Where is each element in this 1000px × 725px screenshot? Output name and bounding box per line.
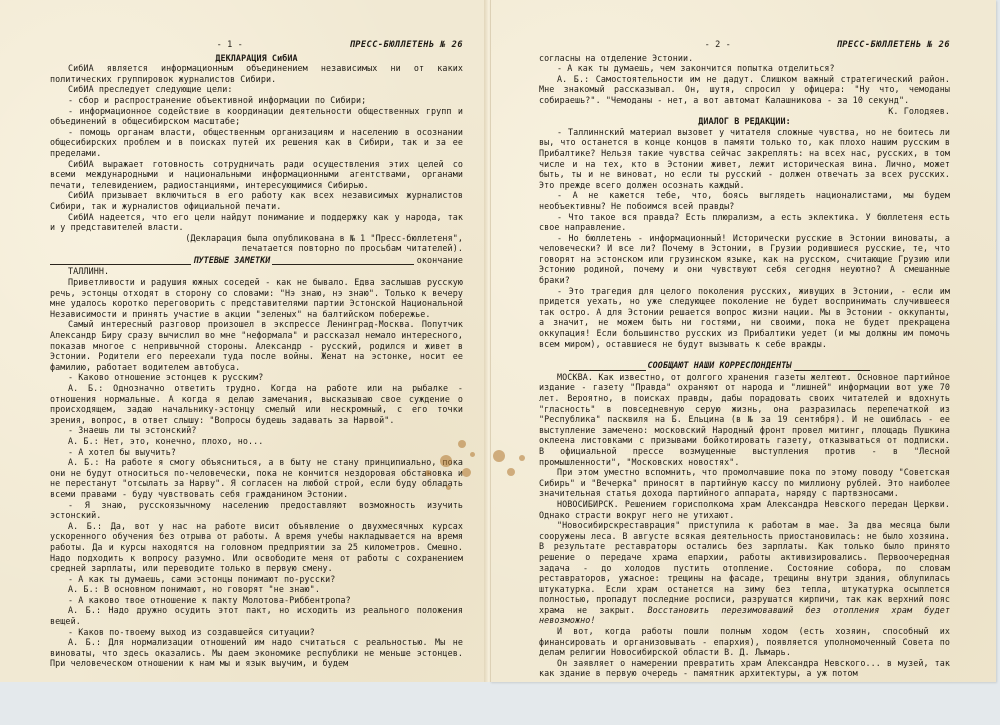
page-2-content: - 2 - ПРЕСС-БЮЛЛЕТЕНЬ № 26 согласны на о… <box>539 40 950 679</box>
coffee-stain <box>462 468 471 477</box>
divider <box>569 362 646 371</box>
interview-answer: А. Б.: Да, вот у нас на работе висит объ… <box>50 521 463 574</box>
declaration-title: ДЕКЛАРАЦИЯ СибИА <box>50 53 463 64</box>
interview-question: - Знаешь ли ты эстонский? <box>50 425 463 436</box>
page-1: - 1 - ПРЕСС-БЮЛЛЕТЕНЬ № 26 ДЕКЛАРАЦИЯ Си… <box>0 0 486 682</box>
paragraph: МОСКВА. Как известно, от долгого хранени… <box>539 372 950 467</box>
dateline: ТАЛЛИНН. <box>50 266 463 277</box>
list-item: - сбор и распространение объективной инф… <box>50 95 463 106</box>
interview-answer: А. Б.: Самостоятельности им не дадут. Сл… <box>539 74 950 106</box>
author-signature: К. Голодяев. <box>539 106 950 117</box>
interview-answer: А. Б.: В основном понимают, но говорят "… <box>50 584 463 595</box>
coffee-stain <box>446 485 451 490</box>
page-number: - 2 - <box>539 40 837 51</box>
paragraph: СибИА является информационным объединени… <box>50 63 463 84</box>
section-title: СООБЩАЮТ НАШИ КОРРЕСПОНДЕНТЫ <box>646 360 794 371</box>
publication-title: ПРЕСС-БЮЛЛЕТЕНЬ № 26 <box>350 40 463 51</box>
page-number: - 1 - <box>50 40 350 51</box>
paragraph: - Но бюллетень - информационный! Историч… <box>539 233 950 286</box>
page-2: - 2 - ПРЕСС-БЮЛЛЕТЕНЬ № 26 согласны на о… <box>490 0 996 682</box>
interview-answer: А. Б.: Однозначно ответить трудно. Когда… <box>50 383 463 425</box>
page-header: - 1 - ПРЕСС-БЮЛЛЕТЕНЬ № 26 <box>50 40 463 51</box>
declaration-note: (Декларация была опубликована в № 1 "Пре… <box>50 233 463 244</box>
newsletter-spread: - 1 - ПРЕСС-БЮЛЛЕТЕНЬ № 26 ДЕКЛАРАЦИЯ Си… <box>0 0 1000 682</box>
declaration-note: печатается повторно по просьбам читателе… <box>50 243 463 254</box>
interview-question: - А хотел бы выучить? <box>50 447 463 458</box>
interview-question: - Я знаю, русскоязычному населению предо… <box>50 500 463 521</box>
coffee-stain <box>458 440 466 448</box>
section-tail: окончание <box>414 255 463 266</box>
paragraph: СибИА надеется, что его цели найдут пони… <box>50 212 463 233</box>
paragraph: СибИА призывает включиться в его работу … <box>50 190 463 211</box>
paragraph: - Таллиннский материал вызовет у читател… <box>539 127 950 191</box>
dialog-title: ДИАЛОГ В РЕДАКЦИИ: <box>539 116 950 127</box>
paragraph: СибИА выражает готовность сотрудничать р… <box>50 159 463 191</box>
coffee-stain <box>470 452 475 457</box>
paragraph: Самый интересный разговор произошел в эк… <box>50 319 463 372</box>
paragraph-text: "Новосибирскреставрация" приступила к ра… <box>539 520 950 615</box>
section-heading-correspondents: СООБЩАЮТ НАШИ КОРРЕСПОНДЕНТЫ <box>539 360 950 371</box>
section-title: ПУТЕВЫЕ ЗАМЕТКИ <box>191 255 272 266</box>
page-1-content: - 1 - ПРЕСС-БЮЛЛЕТЕНЬ № 26 ДЕКЛАРАЦИЯ Си… <box>50 40 463 669</box>
paragraph: НОВОСИБИРСК. Решением горисполкома храм … <box>539 499 950 520</box>
list-item: - помощь органам власти, общественным ор… <box>50 127 463 159</box>
paragraph: Он заявляет о намерении превратить храм … <box>539 658 950 679</box>
coffee-stain <box>425 470 431 476</box>
paragraph: - Это трагедия для целого поколения русс… <box>539 286 950 350</box>
coffee-stain <box>507 468 515 476</box>
list-item: - информационное содействие в координаци… <box>50 106 463 127</box>
coffee-stain <box>440 455 452 467</box>
interview-question: - Каков по-твоему выход из создавшейся с… <box>50 627 463 638</box>
paragraph: И вот, когда работы пошли полным ходом (… <box>539 626 950 658</box>
paragraph: СибИА преследует следующие цели: <box>50 84 463 95</box>
interview-answer: А. Б.: Для нормализации отношений им над… <box>50 637 463 669</box>
interview-answer: А. Б.: Надо дружно осудить этот пакт, но… <box>50 605 463 626</box>
section-heading-travel-notes: ПУТЕВЫЕ ЗАМЕТКИ окончание <box>50 255 463 266</box>
interview-answer: А. Б.: На работе я смогу объясниться, а … <box>50 457 463 499</box>
paragraph: - А не кажется тебе, что, боясь выглядет… <box>539 190 950 211</box>
page-header: - 2 - ПРЕСС-БЮЛЛЕТЕНЬ № 26 <box>539 40 950 51</box>
interview-question: - А как ты думаешь, чем закончится попыт… <box>539 63 950 74</box>
paragraph: При этом уместно вспомнить, что промолча… <box>539 467 950 499</box>
paragraph: "Новосибирскреставрация" приступила к ра… <box>539 520 950 626</box>
paragraph: Приветливости и радушия южных соседей - … <box>50 277 463 319</box>
interview-question: - Каково отношение эстонцев к русским? <box>50 372 463 383</box>
interview-question: - А как ты думаешь, сами эстонцы понимаю… <box>50 574 463 585</box>
interview-question: - А каково твое отношение к пакту Молото… <box>50 595 463 606</box>
coffee-stain <box>519 455 525 461</box>
interview-answer: А. Б.: Нет, это, конечно, плохо, но... <box>50 436 463 447</box>
coffee-stain <box>493 450 505 462</box>
divider <box>50 256 191 265</box>
paragraph: - Что такое вся правда? Есть плюрализм, … <box>539 212 950 233</box>
divider <box>272 256 413 265</box>
paragraph: согласны на отделение Эстонии. <box>539 53 950 64</box>
divider <box>794 362 871 371</box>
spacer <box>539 349 950 359</box>
publication-title: ПРЕСС-БЮЛЛЕТЕНЬ № 26 <box>837 40 950 51</box>
